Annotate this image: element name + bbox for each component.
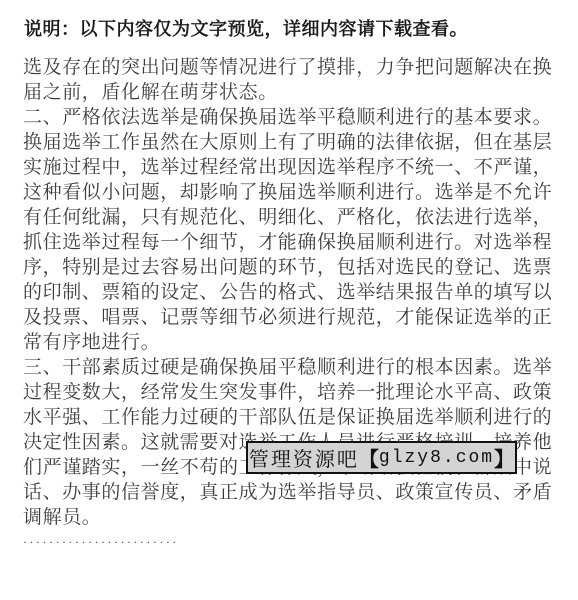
text-line: 有任何纰漏，只有规范化、明细化、严格化，依法进行选举， <box>23 205 563 230</box>
text-line: 水平强、工作能力过硬的干部队伍是保证换届选举顺利进行的 <box>23 405 563 430</box>
watermark-close-bracket: 】 <box>494 443 514 472</box>
watermark-open-bracket: 【 <box>359 443 379 472</box>
text-line: 调解员。 <box>23 505 563 530</box>
text-line: 这种看似小问题，却影响了换届选举顺利进行。选举是不允许 <box>23 180 563 205</box>
text-line: 选及存在的突出问题等情况进行了摸排，力争把问题解决在换 <box>23 55 563 80</box>
watermark-box[interactable]: 管理资源吧【glzy8.com】 <box>246 441 517 474</box>
text-line: 二、严格依法选举是确保换届选举平稳顺利进行的基本要求。 <box>23 105 563 130</box>
text-line: 届之前，盾化解在萌芽状态。 <box>23 80 563 105</box>
text-line: 实施过程中，选举过程经常出现因选举程序不统一、不严谨， <box>23 155 563 180</box>
ellipsis-dots-line: ························ <box>23 530 563 555</box>
text-line: 过程变数大，经常发生突发事件，培养一批理论水平高、政策 <box>23 380 563 405</box>
document-preview-page: 说明：以下内容仅为文字预览，详细内容请下载查看。 选及存在的突出问题等情况进行了… <box>0 0 578 600</box>
text-line: 的印制、票箱的设定、公告的格式、选举结果报告单的填写以 <box>23 280 563 305</box>
text-line: 三、干部素质过硬是确保换届平稳顺利进行的根本因素。选举 <box>23 355 563 380</box>
text-line: 序，特别是过去容易出问题的环节，包括对选民的登记、选票 <box>23 255 563 280</box>
text-line: 抓住选举过程每一个细节，才能确保换届顺利进行。对选举程 <box>23 230 563 255</box>
watermark-domain: glzy8.com <box>379 448 494 468</box>
preview-notice: 说明：以下内容仅为文字预览，详细内容请下载查看。 <box>24 15 468 41</box>
text-line: 换届选举工作虽然在大原则上有了明确的法律依据，但在基层 <box>23 130 563 155</box>
watermark-site-name: 管理资源吧 <box>249 443 359 472</box>
text-line: 话、办事的信誉度，真正成为选举指导员、政策宣传员、矛盾 <box>23 480 563 505</box>
text-line: 常有序地进行。 <box>23 330 563 355</box>
preview-text: 选及存在的突出问题等情况进行了摸排，力争把问题解决在换届之前，盾化解在萌芽状态。… <box>23 55 563 555</box>
text-line: 及投票、唱票、记票等细节必须进行规范，才能保证选举的正 <box>23 305 563 330</box>
